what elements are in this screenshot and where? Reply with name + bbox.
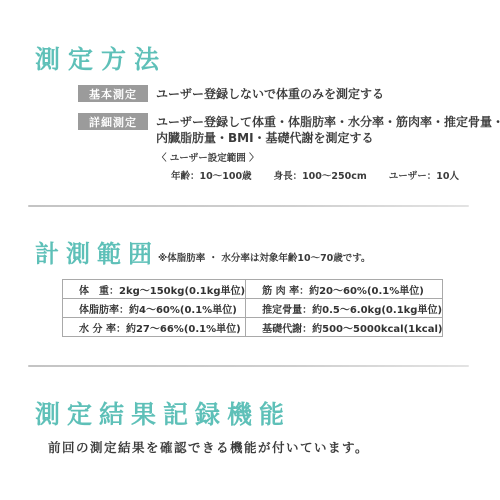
cell-bone-mass: 推定骨量：約0.5～6.0kg(0.1kg単位)	[246, 299, 443, 318]
method-row-basic: 基本測定 ユーザー登録しないで体重のみを測定する	[78, 85, 384, 102]
cell-water-rate: 水 分 率：約27～66%(0.1%単位)	[63, 318, 246, 337]
measurement-range-table: 体 重：2kg～150kg(0.1kg単位) 筋 肉 率：約20～60%(0.1…	[62, 279, 443, 337]
table-row: 体脂肪率：約4～60%(0.1%単位) 推定骨量：約0.5～6.0kg(0.1k…	[63, 299, 443, 318]
badge-detailed-measurement: 詳細測定	[78, 113, 148, 130]
user-range-height: 身長：100～250cm	[274, 168, 367, 182]
measurement-range-note: ※体脂肪率 ・ 水分率は対象年齢10～70歳です。	[158, 250, 371, 264]
detailed-measurement-description: ユーザー登録して体重・体脂肪率・水分率・筋肉率・推定骨量・ 内臓脂肪量・BMI・…	[156, 113, 500, 146]
table-row: 水 分 率：約27～66%(0.1%単位) 基礎代謝：約500～5000kcal…	[63, 318, 443, 337]
user-range-age: 年齢：10～100歳	[171, 168, 252, 182]
table-row: 体 重：2kg～150kg(0.1kg単位) 筋 肉 率：約20～60%(0.1…	[63, 280, 443, 299]
cell-basal-metabolism: 基礎代謝：約500～5000kcal(1kcal)	[246, 318, 443, 337]
user-setting-range-title: 〈 ユーザー設定範囲 〉	[157, 150, 459, 164]
record-function-description: 前回の測定結果を確認できる機能が付いています。	[48, 438, 369, 456]
detailed-measurement-description-line-1: ユーザー登録して体重・体脂肪率・水分率・筋肉率・推定骨量・	[156, 114, 500, 130]
cell-body-fat-rate: 体脂肪率：約4～60%(0.1%単位)	[63, 299, 246, 318]
basic-measurement-description-line: ユーザー登録しないで体重のみを測定する	[156, 86, 384, 102]
user-range-users: ユーザー：10人	[389, 168, 459, 182]
section-title-record-function: 測定結果記録機能	[35, 395, 291, 431]
user-setting-range: 〈 ユーザー設定範囲 〉 年齢：10～100歳 身長：100～250cm ユーザ…	[157, 150, 459, 182]
method-row-detailed: 詳細測定 ユーザー登録して体重・体脂肪率・水分率・筋肉率・推定骨量・ 内臓脂肪量…	[78, 113, 500, 146]
user-setting-range-items: 年齢：10～100歳 身長：100～250cm ユーザー：10人	[171, 168, 459, 182]
product-info-page: { "palette": { "accent_teal": "#5EC0B8",…	[0, 0, 500, 500]
basic-measurement-description: ユーザー登録しないで体重のみを測定する	[156, 85, 384, 102]
section-title-measurement-range: 計測範囲	[35, 234, 159, 269]
section-title-measurement-method: 測定方法	[35, 40, 167, 76]
section-divider	[28, 205, 469, 207]
section-divider	[28, 365, 469, 367]
cell-muscle-rate: 筋 肉 率：約20～60%(0.1%単位)	[246, 280, 443, 299]
detailed-measurement-description-line-2: 内臓脂肪量・BMI・基礎代謝を測定する	[156, 130, 500, 146]
cell-weight: 体 重：2kg～150kg(0.1kg単位)	[63, 280, 246, 299]
badge-basic-measurement: 基本測定	[78, 85, 148, 102]
